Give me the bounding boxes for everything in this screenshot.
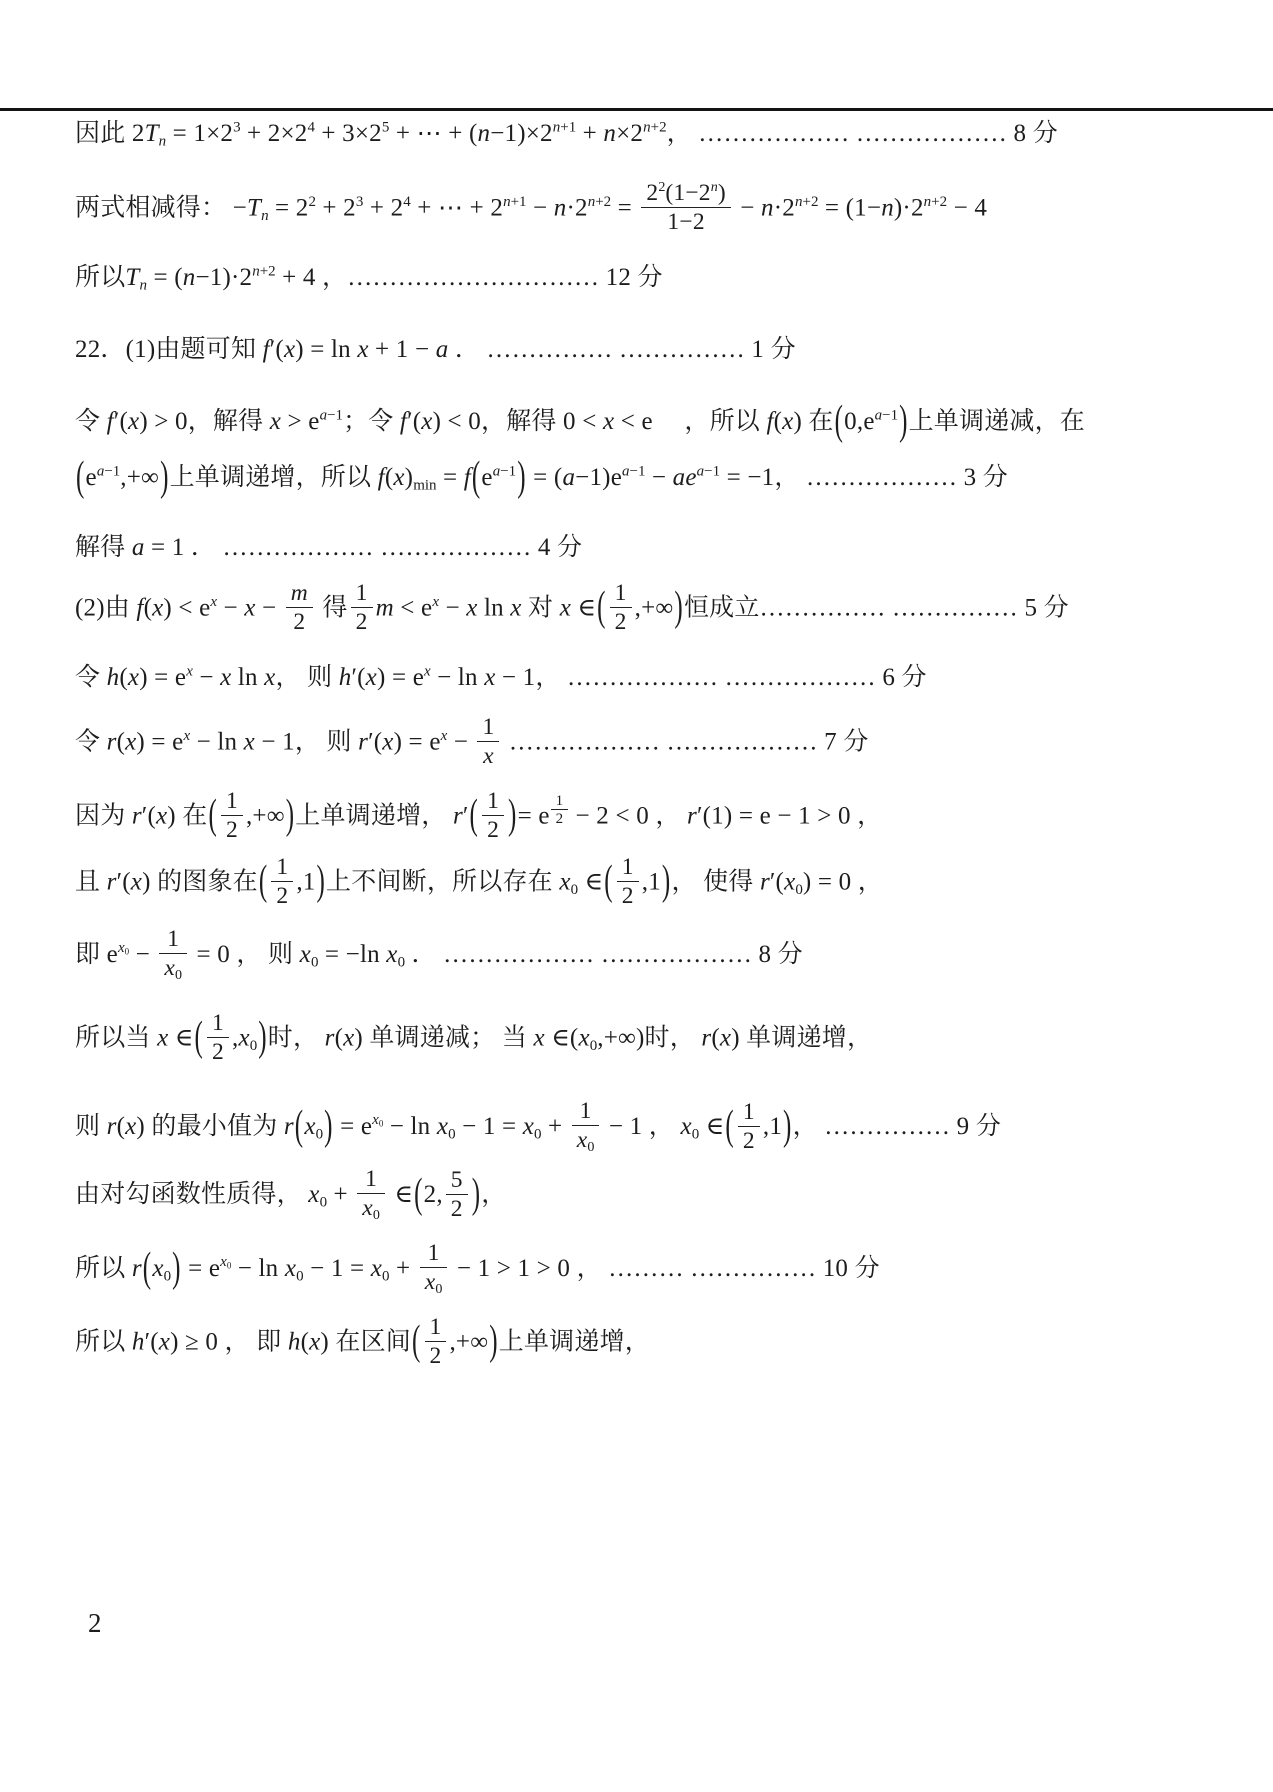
page-number: 2	[88, 1608, 102, 1639]
solution-line-q22-2-ineq: (2)由 f(x) < ex − x − m2 得12m < ex − x ln…	[75, 582, 1233, 638]
solution-line-r-positive: 所以 r(x0) = ex0 − ln x0 − 1 = x0 + 1x0 − …	[75, 1242, 1233, 1299]
scanned-answer-page: 因此 2Tn = 1×23 + 2×24 + 3×25 + ⋯ + (n−1)×…	[0, 0, 1273, 1792]
solution-line-hook-func: 由对勾函数性质得， x0 + 1x0 ∈(2,52)，	[75, 1168, 1233, 1225]
solution-line-min-value: (ea−1,+∞)上单调递增，所以 f(x)min = f(ea−1) = (a…	[75, 462, 1233, 495]
solution-line-r-monotonic: 所以当 x ∈(12,x0)时， r(x) 单调递减； 当 x ∈(x0,+∞)…	[75, 1012, 1233, 1068]
solution-line-tn-double: 因此 2Tn = 1×23 + 2×24 + 3×25 + ⋯ + (n−1)×…	[75, 118, 1233, 150]
solution-line-x0-equation: 即 ex0 − 1x0 = 0 ， 则 x0 = −ln x0 ． …………………	[75, 928, 1233, 985]
solution-line-r-prime-sign: 因为 r′(x) 在(12,+∞)上单调递增， r′(12)= e12 − 2 …	[75, 790, 1233, 846]
solution-line-r-def: 令 r(x) = ex − ln x − 1， 则 r′(x) = ex − 1…	[75, 716, 1233, 772]
solution-line-r-min: 则 r(x) 的最小值为 r(x0) = ex0 − ln x0 − 1 = x…	[75, 1100, 1233, 1157]
solution-line-h-increasing: 所以 h′(x) ≥ 0 ， 即 h(x) 在区间(12,+∞)上单调递增，	[75, 1316, 1233, 1372]
top-rule	[0, 108, 1273, 111]
solution-line-q22-1-deriv: 22．(1)由题可知 f′(x) = ln x + 1 − a ． …………… …	[75, 334, 1233, 365]
solution-line-h-def: 令 h(x) = ex − x ln x， 则 h′(x) = ex − ln …	[75, 662, 1233, 693]
solution-line-subtract: 两式相减得： −Tn = 22 + 23 + 24 + ⋯ + 2n+1 − n…	[75, 182, 1233, 238]
solution-line-tn-result: 所以Tn = (n−1)·2n+2 + 4 ，………………………… 12 分	[75, 262, 1233, 294]
solution-line-x0-exists: 且 r′(x) 的图象在(12,1)上不间断，所以存在 x0 ∈(12,1)， …	[75, 856, 1233, 912]
solution-line-monotonic: 令 f′(x) > 0，解得 x > ea−1；令 f′(x) < 0，解得 0…	[75, 406, 1233, 439]
solution-line-a-equals-1: 解得 a = 1 ． ……………… ……………… 4 分	[75, 532, 1233, 563]
